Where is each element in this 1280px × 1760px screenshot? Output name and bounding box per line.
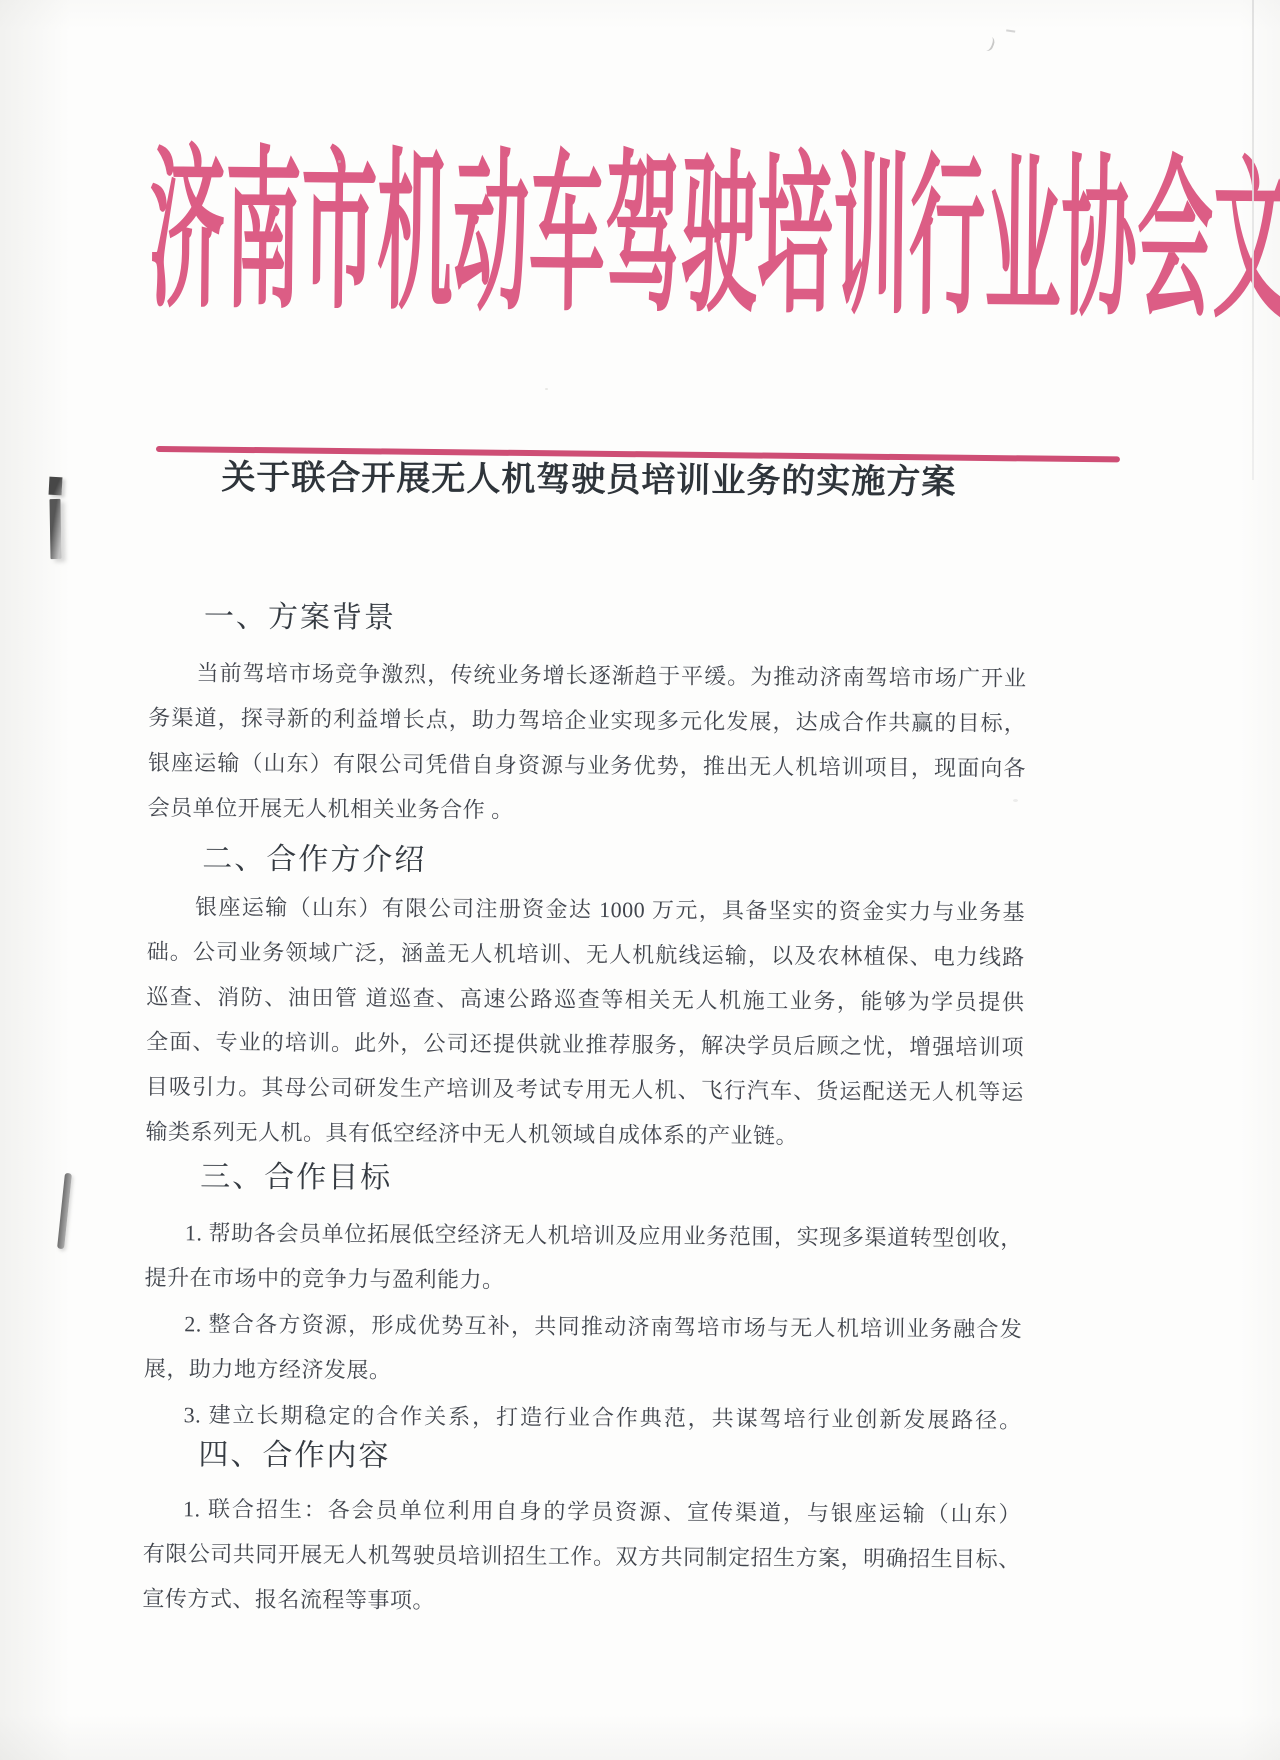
page-edge-line <box>1252 0 1254 480</box>
section-heading-2: 二、合作方介绍 <box>147 839 1025 885</box>
text-line: 展，助力地方经济发展。 <box>144 1346 1022 1397</box>
document-title: 关于联合开展无人机驾驶员培训业务的实施方案 <box>150 455 1028 507</box>
scan-speck <box>338 160 341 163</box>
section-heading-4: 四、合作内容 <box>143 1435 1021 1481</box>
text-line: 础。公司业务领域广泛，涵盖无人机培训、无人机航线运输，以及农林植保、电力线路 <box>147 929 1025 980</box>
text-line: 全面、专业的培训。此外，公司还提供就业推荐服务，解决学员后顾之忧，增强培训项 <box>146 1019 1024 1070</box>
paragraph: 当前驾培市场竞争激烈，传统业务增长逐渐趋于平缓。为推动济南驾培市场广开业 务渠道… <box>148 650 1027 836</box>
document-body: 关于联合开展无人机驾驶员培训业务的实施方案 一、方案背景 当前驾培市场竞争激烈，… <box>0 0 1280 1760</box>
scan-speck <box>906 716 910 719</box>
text-line: 目吸引力。其母公司研发生产培训及考试专用无人机、飞行汽车、货运配送无人机等运 <box>146 1064 1024 1115</box>
scan-speck <box>545 388 548 390</box>
paragraph: 1. 联合招生：各会员单位利用自身的学员资源、宣传渠道，与银座运输（山东） 有限… <box>142 1486 1021 1627</box>
text-line: 提升在市场中的竞争力与盈利能力。 <box>144 1255 1022 1306</box>
text-line: 银座运输（山东）有限公司注册资金达 1000 万元，具备坚实的资金实力与业务基 <box>147 884 1025 935</box>
text-line: 会员单位开展无人机相关业务合作 。 <box>148 785 1026 836</box>
scan-speck <box>1013 799 1018 802</box>
paragraph: 1. 帮助各会员单位拓展低空经济无人机培训及应用业务范围，实现多渠道转型创收， … <box>144 1210 1023 1306</box>
smudge-mark <box>1006 29 1016 35</box>
paragraph: 银座运输（山东）有限公司注册资金达 1000 万元，具备坚实的资金实力与业务基 … <box>145 884 1025 1160</box>
text-line: 输类系列无人机。具有低空经济中无人机领域自成体系的产业链。 <box>145 1109 1023 1160</box>
text-line: 1. 帮助各会员单位拓展低空经济无人机培训及应用业务范围，实现多渠道转型创收， <box>145 1210 1023 1261</box>
text-line: 有限公司共同开展无人机驾驶员培训招生工作。双方共同制定招生方案，明确招生目标、 <box>143 1531 1021 1582</box>
paragraph: 2. 整合各方资源，形成优势互补，共同推动济南驾培市场与无人机培训业务融合发 展… <box>144 1301 1023 1397</box>
text-line: 银座运输（山东）有限公司凭借自身资源与业务优势，推出无人机培训项目，现面向各 <box>148 740 1026 791</box>
text-line: 务渠道，探寻新的利益增长点，助力驾培企业实现多元化发展，达成合作共赢的目标， <box>148 695 1026 746</box>
text-line: 宣传方式、报名流程等事项。 <box>142 1576 1020 1627</box>
scanned-document-page: 济南市机动车驾驶培训行业协会文件 关于联合开展无人机驾驶员培训业务的实施方案 一… <box>0 0 1280 1760</box>
text-line: 当前驾培市场竞争激烈，传统业务增长逐渐趋于平缓。为推动济南驾培市场广开业 <box>148 650 1026 701</box>
staple-mark-upper-cap <box>49 477 63 496</box>
text-line: 1. 联合招生：各会员单位利用自身的学员资源、宣传渠道，与银座运输（山东） <box>143 1486 1021 1537</box>
text-line: 2. 整合各方资源，形成优势互补，共同推动济南驾培市场与无人机培训业务融合发 <box>144 1301 1022 1352</box>
text-line: 巡查、消防、油田管 道巡查、高速公路巡查等相关无人机施工业务，能够为学员提供 <box>146 974 1024 1025</box>
staple-mark-upper <box>49 499 61 559</box>
section-heading-3: 三、合作目标 <box>145 1157 1023 1203</box>
section-heading-1: 一、方案背景 <box>149 597 1027 643</box>
